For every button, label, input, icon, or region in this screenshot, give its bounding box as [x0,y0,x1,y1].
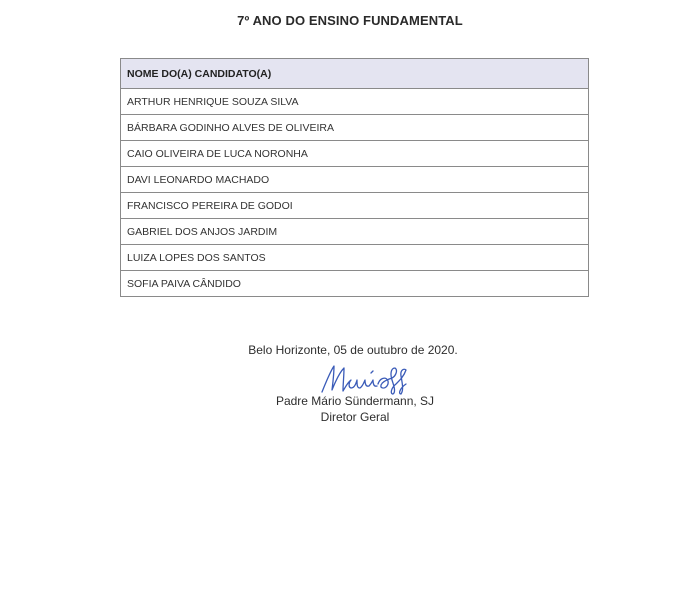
table-row: DAVI LEONARDO MACHADO [121,166,588,192]
table-row: LUIZA LOPES DOS SANTOS [121,244,588,270]
signer-name: Padre Mário Sündermann, SJ [0,394,700,408]
table-row: FRANCISCO PEREIRA DE GODOI [121,192,588,218]
table-row: BÁRBARA GODINHO ALVES DE OLIVEIRA [121,114,588,140]
document-title: 7º ANO DO ENSINO FUNDAMENTAL [0,13,700,28]
signature-image [318,360,428,396]
table-row: SOFIA PAIVA CÂNDIDO [121,270,588,296]
table-row: ARTHUR HENRIQUE SOUZA SILVA [121,88,588,114]
candidates-table: NOME DO(A) CANDIDATO(A) ARTHUR HENRIQUE … [120,58,589,297]
table-row: GABRIEL DOS ANJOS JARDIM [121,218,588,244]
place-date: Belo Horizonte, 05 de outubro de 2020. [0,343,700,357]
signer-role: Diretor Geral [0,410,700,424]
table-header: NOME DO(A) CANDIDATO(A) [121,59,588,88]
table-row: CAIO OLIVEIRA DE LUCA NORONHA [121,140,588,166]
